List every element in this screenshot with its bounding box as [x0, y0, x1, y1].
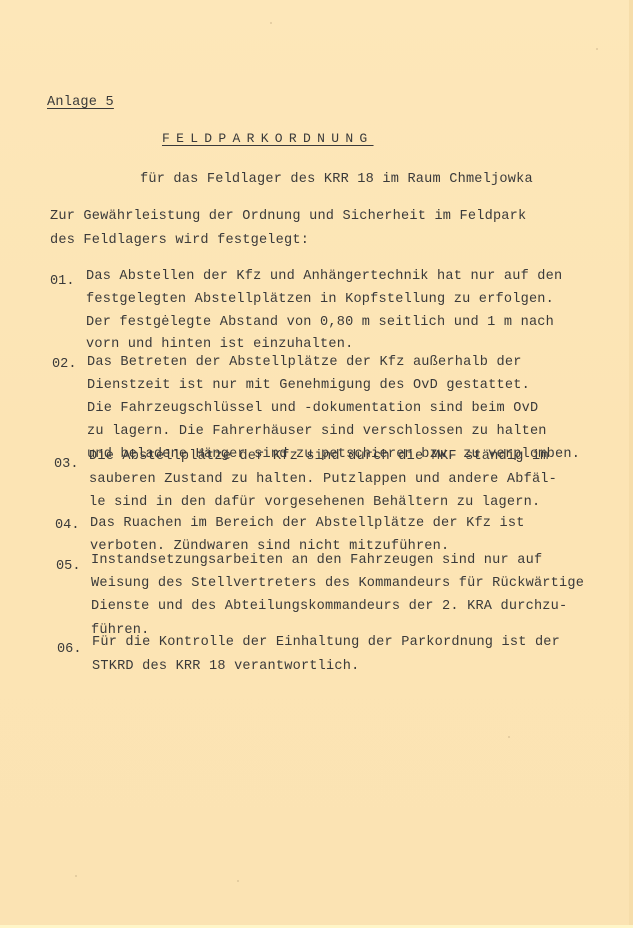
item-line: Die Abstellplätze der Kfz sind durch die…	[89, 449, 549, 465]
item-number: 04.	[55, 518, 79, 534]
item-line: Das Abstellen der Kfz und Anhängertechni…	[86, 269, 562, 285]
item-line: Das Betreten der Abstellplätze der Kfz a…	[87, 355, 522, 371]
item-line: Der festgėlegte Abstand von 0,80 m seitl…	[86, 315, 554, 331]
item-line: sauberen Zustand zu halten. Putzlappen u…	[89, 472, 557, 488]
document-title: FELDPARKORDNUNG	[162, 131, 374, 147]
document-subtitle: für das Feldlager des KRR 18 im Raum Chm…	[140, 172, 533, 188]
item-number: 01.	[50, 274, 74, 290]
paper-edge	[629, 0, 633, 928]
item-line: zu lagern. Die Fahrerhäuser sind verschl…	[87, 424, 547, 440]
item-line: Instandsetzungsarbeiten an den Fahrzeuge…	[91, 553, 542, 569]
item-line: vorn und hinten ist einzuhalten.	[86, 337, 353, 353]
paper-speck	[270, 22, 272, 24]
item-number: 03.	[54, 457, 78, 473]
item-line: Die Fahrzeugschlüssel und -dokumentation…	[87, 401, 538, 417]
item-number: 02.	[52, 357, 76, 373]
item-number: 06.	[57, 642, 81, 658]
annex-label: Anlage 5	[47, 95, 114, 111]
paper-speck	[508, 736, 510, 738]
paper-speck	[596, 48, 598, 50]
item-line: festgelegten Abstellplätzen in Kopfstell…	[86, 292, 554, 308]
item-line: Das Ruachen im Bereich der Abstellplätze…	[90, 516, 525, 532]
item-line: STKRD des KRR 18 verantwortlich.	[92, 659, 359, 675]
item-line: Dienstzeit ist nur mit Genehmigung des O…	[87, 378, 530, 394]
paper-speck	[237, 880, 239, 882]
intro-line: Zur Gewährleistung der Ordnung und Siche…	[50, 209, 526, 225]
item-line: le sind in den dafür vorgesehenen Behält…	[89, 495, 540, 511]
item-line: Dienste und des Abteilungskommandeurs de…	[91, 599, 567, 615]
item-number: 05.	[56, 559, 80, 575]
intro-line: des Feldlagers wird festgelegt:	[50, 233, 309, 249]
item-line: Weisung des Stellvertreters des Kommande…	[91, 576, 584, 592]
paper-speck	[75, 875, 77, 877]
paper-page: Anlage 5 FELDPARKORDNUNG für das Feldlag…	[0, 0, 633, 928]
item-line: Für die Kontrolle der Einhaltung der Par…	[92, 635, 560, 651]
